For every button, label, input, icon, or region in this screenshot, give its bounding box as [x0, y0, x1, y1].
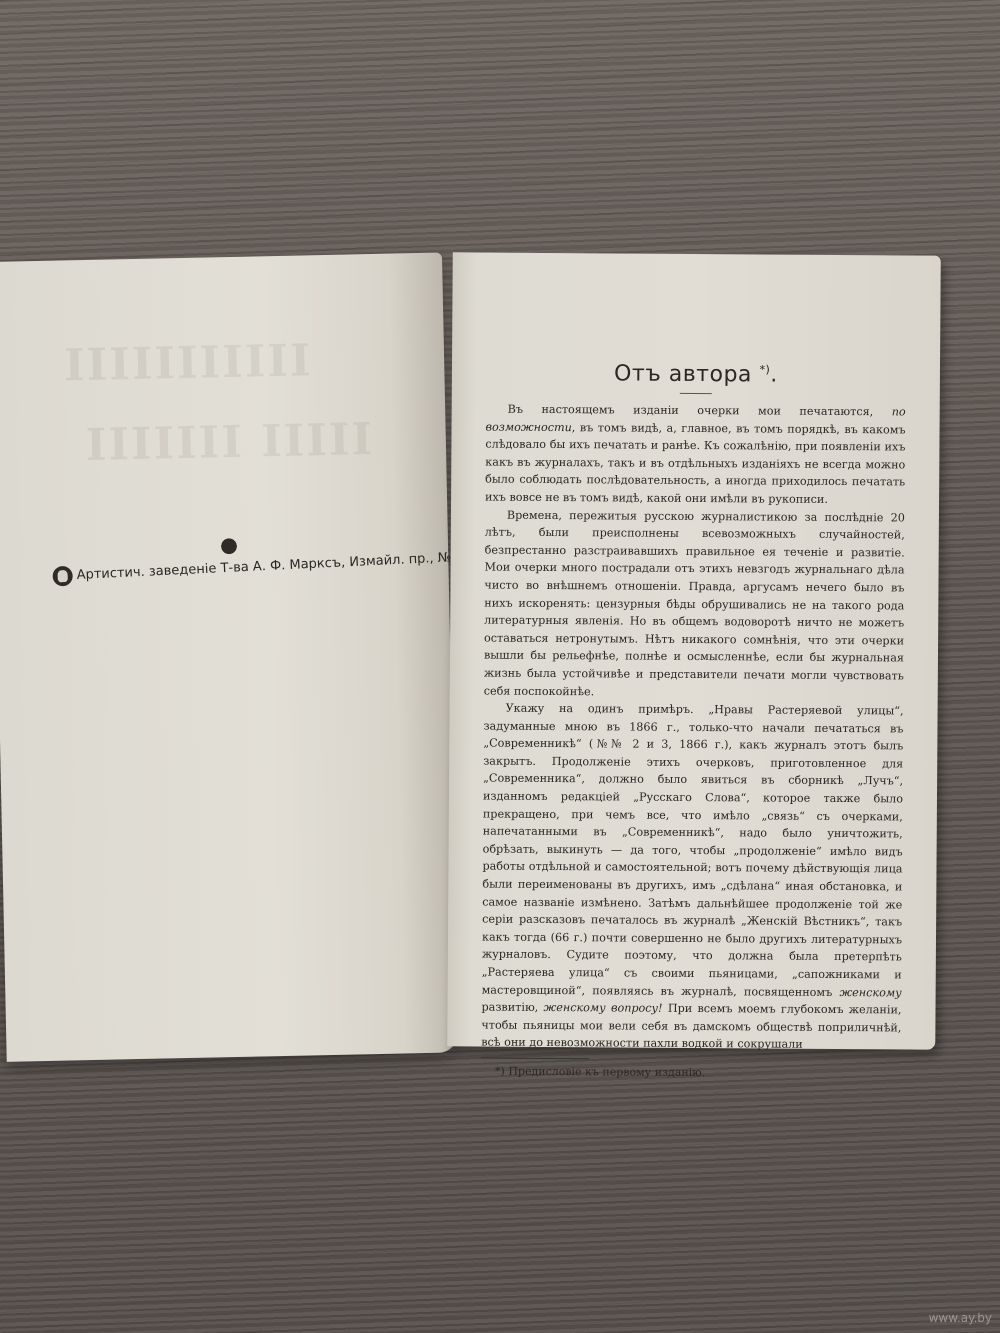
right-page: Отъ автора *). Въ настоящемъ изданіи оче… — [447, 252, 941, 1049]
printer-imprint: Артистич. заведеніе Т-ва А. Ф. Марксъ, И… — [48, 545, 504, 586]
show-through-text: ​ІІІІІ ІІІІІІІ — [83, 414, 372, 471]
page-content: Отъ автора *). Въ настоящемъ изданіи оче… — [481, 361, 906, 1081]
paragraph-3: Укажу на одинъ примѣръ. „Нравы Растеряев… — [481, 700, 903, 1055]
paragraph-1: Въ настоящемъ изданіи очерки мои печатаю… — [485, 401, 906, 509]
paragraph-2: Времена, пережитыя русскою журналистикою… — [484, 506, 905, 702]
title-text: Отъ автора — [614, 361, 752, 387]
italic-text: женскому вопросу! — [543, 1001, 662, 1015]
imperial-eagle-icon — [218, 533, 240, 557]
text: Въ настоящемъ изданіи очерки мои печатаю… — [508, 403, 892, 419]
left-page: ​ІІІІІІІІІІІ ​ІІІІІ ІІІІІІІ Артистич. за… — [0, 253, 459, 1062]
page-title: Отъ автора *). — [486, 361, 906, 389]
title-divider — [680, 393, 712, 394]
text: развитію, — [481, 1001, 543, 1014]
watermark: www.ay.by — [929, 1311, 992, 1325]
italic-text: женскому — [839, 986, 901, 999]
footnote-mark: *) — [759, 363, 770, 376]
footnote-divider — [481, 1057, 589, 1059]
left-seal-icon — [52, 566, 73, 587]
text: Укажу на одинъ примѣръ. „Нравы Растеряев… — [482, 702, 904, 999]
footnote: *) Предисловіе къ первому изданію. — [495, 1065, 901, 1081]
printer-imprint-text: Артистич. заведеніе Т-ва А. Ф. Марксъ, И… — [76, 549, 476, 583]
show-through-text: ​ІІІІІІІІІІІ — [62, 335, 311, 391]
